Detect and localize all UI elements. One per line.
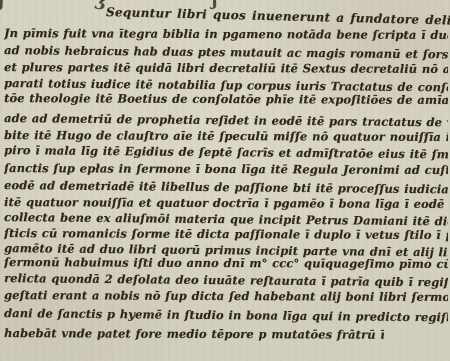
manuscript-line: ſanctis ſup epłas in ſermone ī bona līga… <box>4 161 448 177</box>
manuscript-line: ad nobis hebraicus hab duas ptes mutauit… <box>4 43 448 61</box>
manuscript-line: et plures partes itē quidā libri decreta… <box>4 60 448 76</box>
manuscript-line: ade ad demetriū de prophetia reſidet in … <box>4 111 448 129</box>
manuscript-line: eodē ad demetriadē itē libellus de paſſi… <box>4 178 448 196</box>
manuscript-page: ʃ ʒ ʃ Sequntur libri quos inuenerunt a f… <box>0 0 450 361</box>
manuscript-line: bite itē Hugo de clauſtro aīe itē ſpecul… <box>4 128 448 144</box>
manuscript-line: ſticis cū romanicis ſorme itē dicta paſſ… <box>4 226 448 242</box>
cropped-line-fragment: ʒ <box>95 0 107 11</box>
manuscript-heading: Sequntur libri quos inuenerunt a fundato… <box>106 5 446 28</box>
manuscript-line: ſermonū habuimus iſti duo anno dnī m° cc… <box>4 255 448 271</box>
manuscript-line: piro ī mala līg itē Egidius de ſeptē ſac… <box>4 143 448 161</box>
manuscript-line: Jn pīmis fuit vna ītegra biblia in pgame… <box>4 26 448 42</box>
manuscript-line: dani de ſanctis p hyemē in ſtudio in bon… <box>4 306 448 324</box>
cropped-line-fragment: ʃ <box>0 0 5 11</box>
manuscript-line: geſtati erant a nobis nō ſup dicta ſed h… <box>4 288 448 304</box>
manuscript-line: tōe theologie itē Boetius de conſolatōe … <box>4 91 448 107</box>
manuscript-line: itē quatuor nouiſſīa et quatuor doctrīa … <box>4 195 448 211</box>
manuscript-line: relicta quondā 2 deſolata deo iuuāte reſ… <box>4 271 448 289</box>
manuscript-line: habebāt vnde patet fore medio tēpore p m… <box>4 326 384 342</box>
